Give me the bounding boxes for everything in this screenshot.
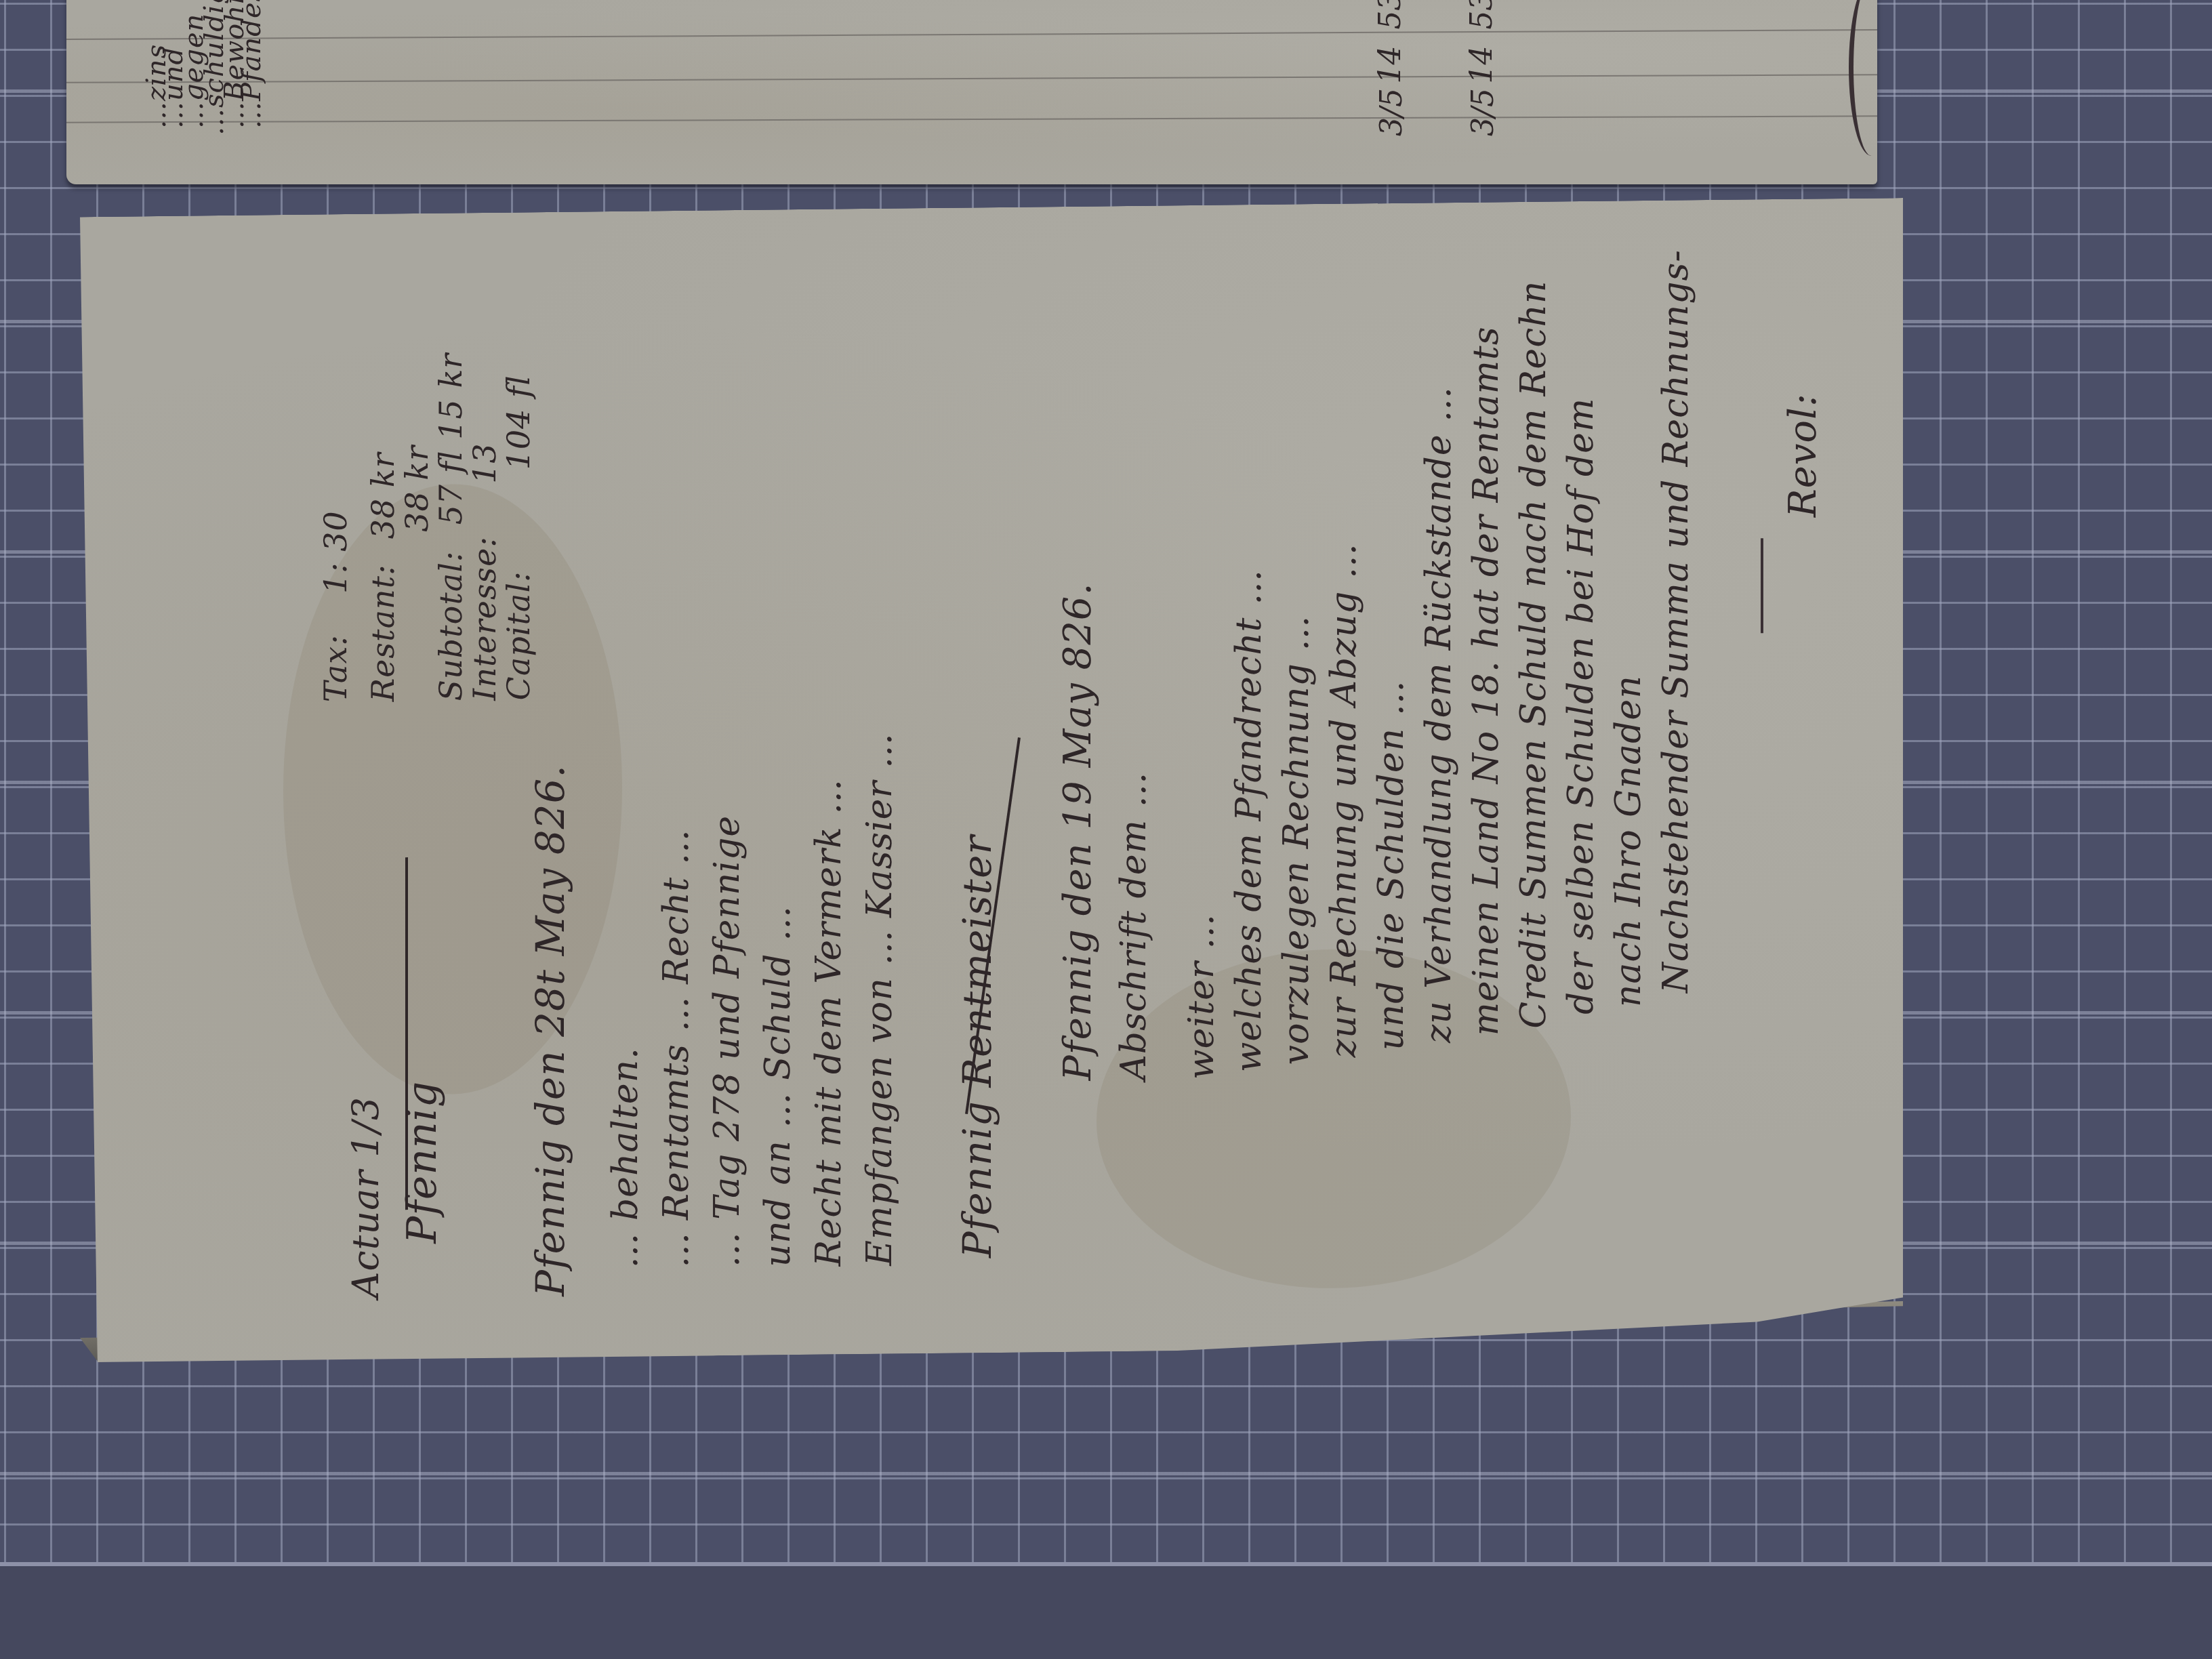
body-line: weiter …: [1181, 914, 1222, 1080]
ledger-number: 53: [1373, 0, 1408, 30]
ledger-interesse-value: 13: [466, 443, 503, 484]
ledger-number: 14: [1373, 46, 1408, 84]
closing-line: Recht mit dem Vermerk …: [808, 779, 849, 1267]
closing-line: und an … Schuld …: [758, 905, 798, 1267]
ledger-subtotal-value: 57 fl 15 kr: [432, 353, 469, 525]
second-signature: Pfennig: [398, 1081, 446, 1244]
cutting-mat-border-band: [0, 1562, 2212, 1659]
ledger-rule: [66, 29, 1877, 40]
body-line: meinen Land No 18. hat der Rentamts: [1466, 326, 1507, 1036]
ledger-total-label: Restant:: [365, 564, 401, 702]
ledger-total-value: 38 kr: [365, 452, 401, 539]
document-heading: Revol:: [1781, 393, 1825, 518]
body-line: und die Schulden …: [1371, 680, 1412, 1050]
ledger-number: 14: [1465, 46, 1499, 84]
ledger-rule: [66, 74, 1877, 83]
ledger-capital-label: Capital:: [500, 571, 537, 700]
manuscript-page: Revol: Nachstehender Summa und Rechnungs…: [80, 198, 1903, 1362]
body-line: nach Ihro Gnaden: [1608, 675, 1649, 1008]
closing-date: Pfennig den 28t May 826.: [527, 764, 573, 1296]
body-line: Nachstehender Summa und Rechnungs-: [1656, 249, 1696, 994]
ledger-number: 3/5: [1374, 88, 1409, 136]
ledger-bracket: [1849, 0, 1894, 156]
ledger-subtotal-label: Subtotal:: [432, 550, 469, 701]
closing-line: … Rentamts … Recht …: [656, 829, 697, 1268]
body-line: Credit Summen Schuld nach dem Rechn: [1513, 280, 1554, 1029]
body-line: Abschrift dem …: [1113, 771, 1154, 1080]
ledger-rule: [66, 115, 1877, 123]
closing-line: … behalten.: [605, 1047, 646, 1269]
body-line: welches dem Pfandrecht …: [1229, 569, 1269, 1073]
body-line: der selben Schulden bei Hof dem: [1561, 398, 1601, 1015]
ledger-interesse-label: Interesse:: [466, 536, 503, 701]
ledger-tax-value: 1: 30: [317, 510, 354, 594]
body-line: vorzulegen Rechnung …: [1276, 615, 1317, 1065]
second-signature-suffix: Actuar 1/3: [344, 1097, 387, 1298]
ledger-tax-label: Tax:: [317, 634, 354, 703]
ledger-line-value: 38 kr: [398, 445, 435, 533]
previous-ledger-page: …zins …und …gegen …schuldig …Bewohn …Pfa…: [66, 0, 1877, 184]
closing-line: Empfangen von … Kassier …: [859, 733, 900, 1266]
heading-underline: [1761, 538, 1763, 633]
ledger-capital-value: 104 fl: [500, 375, 537, 470]
fragment-line: …Pfandes: [236, 0, 267, 129]
body-line: zur Rechnung und Abzug …: [1324, 543, 1364, 1058]
ledger-number: 3/5: [1466, 88, 1500, 136]
ledger-number: 53: [1465, 0, 1499, 30]
body-line: zu Verhandlung dem Rückstande …: [1418, 386, 1459, 1043]
closing-line: … Tag 278 und Pfennige: [707, 815, 747, 1268]
document-date: Pfennig den 19 May 826.: [1056, 582, 1100, 1081]
